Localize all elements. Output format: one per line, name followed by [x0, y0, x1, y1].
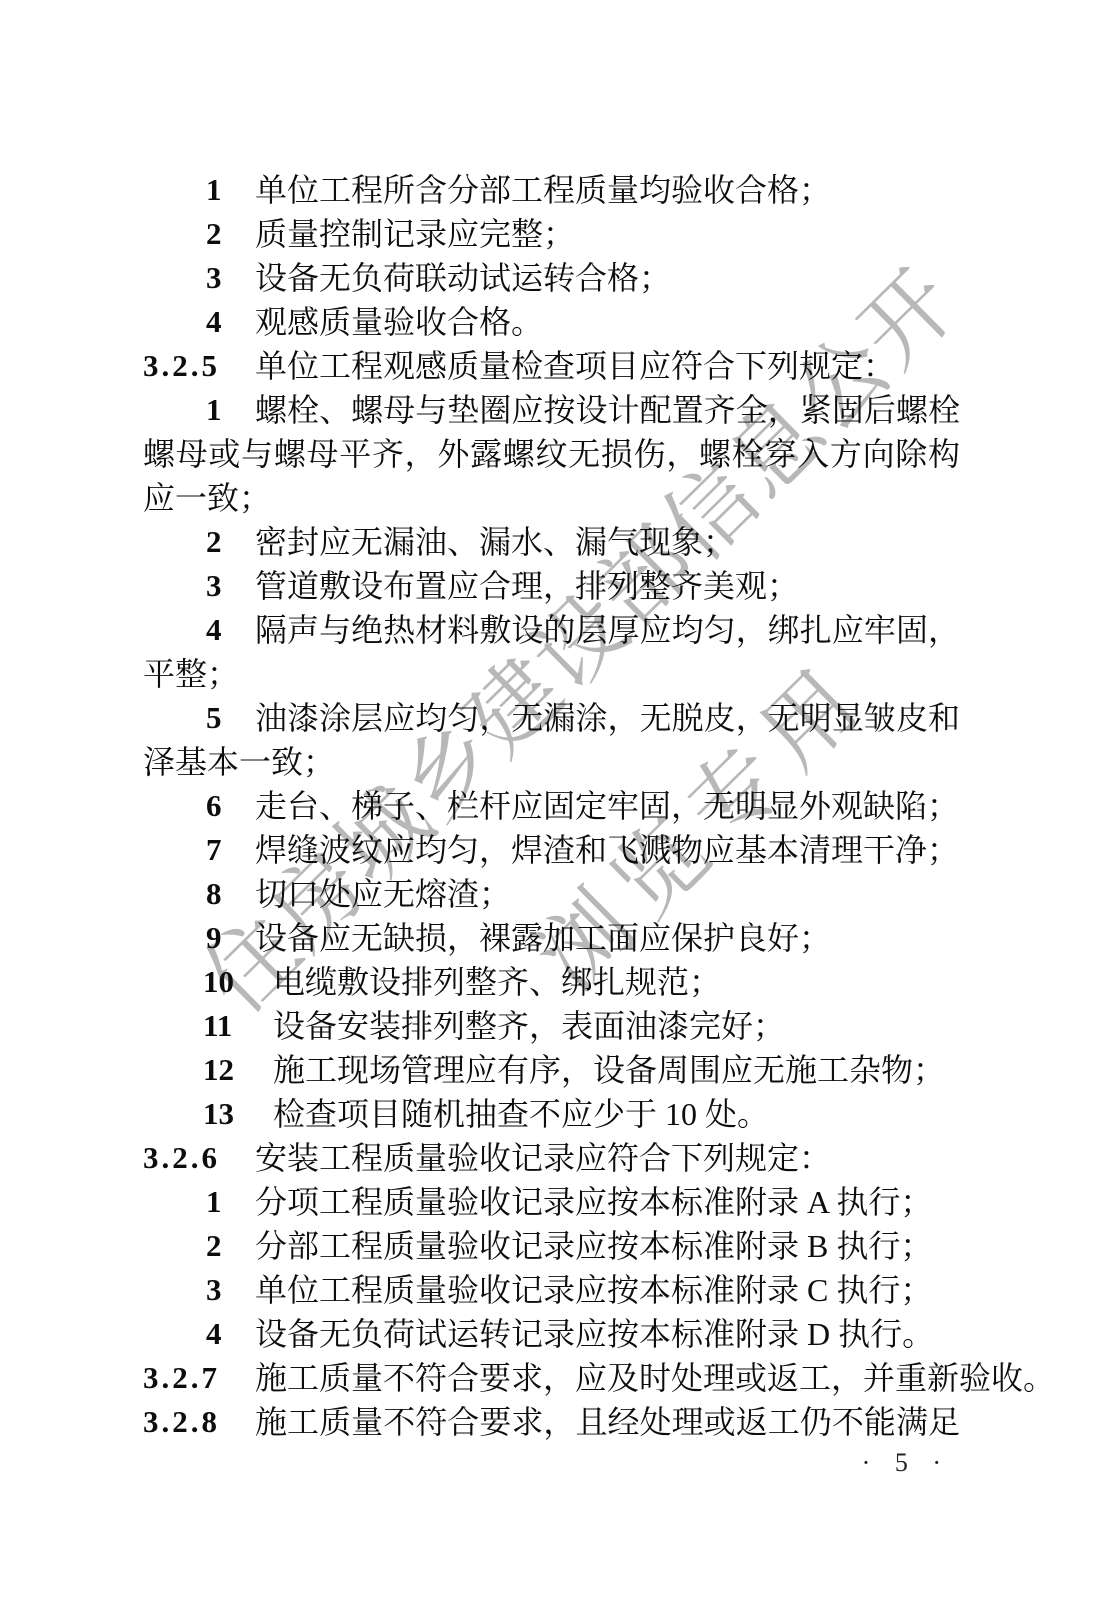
continuation-line: 应一致；: [143, 476, 960, 520]
item-line: 1单位工程所含分部工程质量均验收合格；: [143, 168, 960, 212]
line-text: 设备无负荷试运转记录应按本标准附录 D 执行。: [255, 1312, 960, 1356]
line-text: 分部工程质量验收记录应按本标准附录 B 执行；: [255, 1224, 960, 1268]
item-number: 4: [206, 1312, 222, 1356]
text-block: 1单位工程所含分部工程质量均验收合格；2质量控制记录应完整；3设备无负荷联动试运…: [143, 168, 960, 1444]
item-line: 4设备无负荷试运转记录应按本标准附录 D 执行。: [143, 1312, 960, 1356]
line-text: 走台、梯子、栏杆应固定牢固，无明显外观缺陷；: [255, 784, 960, 828]
line-text: 设备安装排列整齐，表面油漆完好；: [273, 1004, 960, 1048]
line-text: 密封应无漏油、漏水、漏气现象；: [255, 520, 960, 564]
item-line: 2密封应无漏油、漏水、漏气现象；: [143, 520, 960, 564]
item-number: 9: [206, 916, 222, 960]
line-text: 单位工程观感质量检查项目应符合下列规定：: [255, 344, 960, 388]
line-text: 质量控制记录应完整；: [255, 212, 960, 256]
item-number: 12: [203, 1048, 234, 1092]
item-number: 2: [206, 1224, 222, 1268]
clause-line: 3.2.5单位工程观感质量检查项目应符合下列规定：: [143, 344, 960, 388]
item-number: 3: [206, 256, 222, 300]
line-text: 螺母或与螺母平齐，外露螺纹无损伤，螺栓穿入方向除构造原因外: [143, 432, 960, 476]
item-number: 3: [206, 564, 222, 608]
item-number: 1: [206, 388, 222, 432]
item-number: 11: [203, 1004, 232, 1048]
item-line: 9设备应无缺损，裸露加工面应保护良好；: [143, 916, 960, 960]
item-number: 2: [206, 212, 222, 256]
line-text: 平整；: [143, 652, 960, 696]
item-number: 5: [206, 696, 222, 740]
continuation-line: 螺母或与螺母平齐，外露螺纹无损伤，螺栓穿入方向除构造原因外: [143, 432, 960, 476]
item-line: 7焊缝波纹应均匀，焊渣和飞溅物应基本清理干净；: [143, 828, 960, 872]
line-text: 电缆敷设排列整齐、绑扎规范；: [273, 960, 960, 1004]
line-text: 单位工程所含分部工程质量均验收合格；: [255, 168, 960, 212]
clause-line: 3.2.7施工质量不符合要求，应及时处理或返工，并重新验收。: [143, 1356, 960, 1400]
item-number: 10: [203, 960, 234, 1004]
item-line: 2分部工程质量验收记录应按本标准附录 B 执行；: [143, 1224, 960, 1268]
item-line: 8切口处应无熔渣；: [143, 872, 960, 916]
item-line: 4隔声与绝热材料敷设的层厚应均匀，绑扎应牢固，表面应: [143, 608, 960, 652]
item-number: 4: [206, 608, 222, 652]
item-line: 3管道敷设布置应合理，排列整齐美观；: [143, 564, 960, 608]
line-text: 施工质量不符合要求，应及时处理或返工，并重新验收。: [255, 1356, 960, 1400]
line-text: 油漆涂层应均匀，无漏涂，无脱皮，无明显皱皮和气泡，色: [255, 696, 960, 740]
line-text: 管道敷设布置应合理，排列整齐美观；: [255, 564, 960, 608]
clause-number: 3.2.6: [143, 1136, 220, 1180]
clause-line: 3.2.8施工质量不符合要求，且经处理或返工仍不能满足安全使: [143, 1400, 960, 1444]
item-line: 3设备无负荷联动试运转合格；: [143, 256, 960, 300]
line-text: 应一致；: [143, 476, 960, 520]
continuation-line: 平整；: [143, 652, 960, 696]
line-text: 切口处应无熔渣；: [255, 872, 960, 916]
continuation-line: 泽基本一致；: [143, 740, 960, 784]
item-line: 1分项工程质量验收记录应按本标准附录 A 执行；: [143, 1180, 960, 1224]
item-number: 2: [206, 520, 222, 564]
item-line: 6走台、梯子、栏杆应固定牢固，无明显外观缺陷；: [143, 784, 960, 828]
line-text: 观感质量验收合格。: [255, 300, 960, 344]
item-line: 2质量控制记录应完整；: [143, 212, 960, 256]
item-line: 11设备安装排列整齐，表面油漆完好；: [143, 1004, 960, 1048]
item-line: 12施工现场管理应有序，设备周围应无施工杂物；: [143, 1048, 960, 1092]
item-number: 7: [206, 828, 222, 872]
clause-line: 3.2.6安装工程质量验收记录应符合下列规定：: [143, 1136, 960, 1180]
line-text: 隔声与绝热材料敷设的层厚应均匀，绑扎应牢固，表面应: [255, 608, 960, 652]
line-text: 设备应无缺损，裸露加工面应保护良好；: [255, 916, 960, 960]
line-text: 焊缝波纹应均匀，焊渣和飞溅物应基本清理干净；: [255, 828, 960, 872]
line-text: 设备无负荷联动试运转合格；: [255, 256, 960, 300]
item-number: 4: [206, 300, 222, 344]
clause-number: 3.2.7: [143, 1356, 220, 1400]
line-text: 施工现场管理应有序，设备周围应无施工杂物；: [273, 1048, 960, 1092]
line-text: 安装工程质量验收记录应符合下列规定：: [255, 1136, 960, 1180]
line-text: 检查项目随机抽查不应少于 10 处。: [273, 1092, 960, 1136]
item-number: 8: [206, 872, 222, 916]
item-line: 10电缆敷设排列整齐、绑扎规范；: [143, 960, 960, 1004]
page-number: · 5 ·: [143, 1448, 950, 1478]
line-text: 螺栓、螺母与垫圈应按设计配置齐全，紧固后螺栓应露出: [255, 388, 960, 432]
item-number: 1: [206, 1180, 222, 1224]
item-number: 6: [206, 784, 222, 828]
item-line: 4观感质量验收合格。: [143, 300, 960, 344]
line-text: 分项工程质量验收记录应按本标准附录 A 执行；: [255, 1180, 960, 1224]
item-number: 13: [203, 1092, 234, 1136]
clause-number: 3.2.8: [143, 1400, 220, 1444]
line-text: 施工质量不符合要求，且经处理或返工仍不能满足安全使: [255, 1400, 960, 1444]
item-number: 1: [206, 168, 222, 212]
item-line: 5油漆涂层应均匀，无漏涂，无脱皮，无明显皱皮和气泡，色: [143, 696, 960, 740]
item-line: 1螺栓、螺母与垫圈应按设计配置齐全，紧固后螺栓应露出: [143, 388, 960, 432]
item-number: 3: [206, 1268, 222, 1312]
document-page: 住房城乡建设部信息公开 浏览专用 1单位工程所含分部工程质量均验收合格；2质量控…: [0, 0, 1102, 1598]
line-text: 单位工程质量验收记录应按本标准附录 C 执行；: [255, 1268, 960, 1312]
item-line: 13检查项目随机抽查不应少于 10 处。: [143, 1092, 960, 1136]
clause-number: 3.2.5: [143, 344, 220, 388]
line-text: 泽基本一致；: [143, 740, 960, 784]
item-line: 3单位工程质量验收记录应按本标准附录 C 执行；: [143, 1268, 960, 1312]
